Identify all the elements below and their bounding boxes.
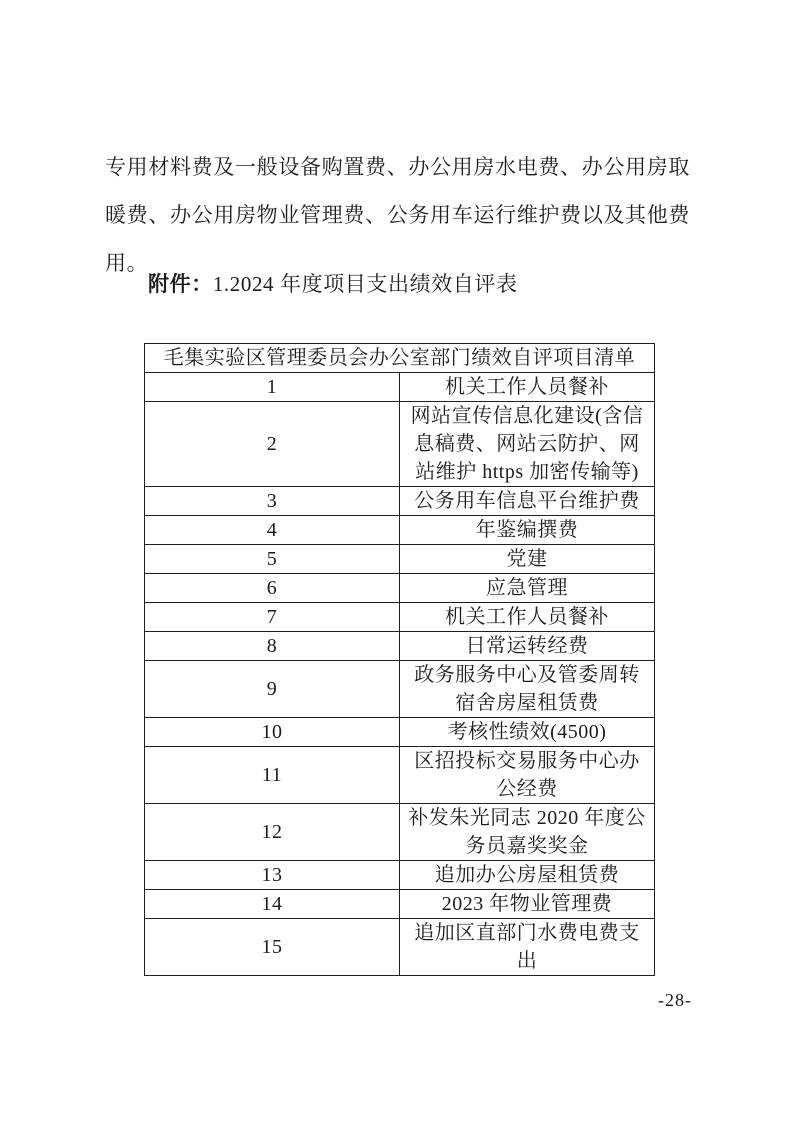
row-item-cell: 应急管理 [400, 574, 655, 603]
row-item-cell: 机关工作人员餐补 [400, 373, 655, 402]
row-number-cell: 11 [145, 747, 400, 804]
row-item-cell: 补发朱光同志 2020 年度公务员嘉奖奖金 [400, 804, 655, 861]
table-row: 4 年鉴编撰费 [145, 516, 655, 545]
row-item-cell: 网站宣传信息化建设(含信息稿费、网站云防护、网站维护 https 加密传输等) [400, 402, 655, 487]
row-number-cell: 15 [145, 919, 400, 976]
table-row: 12 补发朱光同志 2020 年度公务员嘉奖奖金 [145, 804, 655, 861]
project-table: 毛集实验区管理委员会办公室部门绩效自评项目清单 1 机关工作人员餐补 2 网站宣… [144, 343, 655, 976]
table-row: 15 追加区直部门水费电费支出 [145, 919, 655, 976]
row-number-cell: 2 [145, 402, 400, 487]
table-row: 8 日常运转经费 [145, 632, 655, 661]
row-item-cell: 年鉴编撰费 [400, 516, 655, 545]
row-number-cell: 13 [145, 861, 400, 890]
table-row: 9 政务服务中心及管委周转宿舍房屋租赁费 [145, 661, 655, 718]
row-number-cell: 9 [145, 661, 400, 718]
attachment-title: 1.2024 年度项目支出绩效自评表 [213, 272, 518, 296]
page-number: -28- [658, 990, 692, 1011]
table-row: 10 考核性绩效(4500) [145, 718, 655, 747]
row-item-cell: 机关工作人员餐补 [400, 603, 655, 632]
row-number-cell: 8 [145, 632, 400, 661]
row-number-cell: 14 [145, 890, 400, 919]
row-number-cell: 5 [145, 545, 400, 574]
row-item-cell: 公务用车信息平台维护费 [400, 487, 655, 516]
row-item-cell: 追加区直部门水费电费支出 [400, 919, 655, 976]
table-row: 3 公务用车信息平台维护费 [145, 487, 655, 516]
attachment-label: 附件： [148, 272, 213, 296]
table-row: 7 机关工作人员餐补 [145, 603, 655, 632]
row-number-cell: 3 [145, 487, 400, 516]
row-number-cell: 6 [145, 574, 400, 603]
row-number-cell: 1 [145, 373, 400, 402]
table-row: 6 应急管理 [145, 574, 655, 603]
row-number-cell: 10 [145, 718, 400, 747]
table-row: 1 机关工作人员餐补 [145, 373, 655, 402]
attachment-heading: 附件：1.2024 年度项目支出绩效自评表 [148, 267, 518, 301]
row-number-cell: 4 [145, 516, 400, 545]
table-row: 14 2023 年物业管理费 [145, 890, 655, 919]
row-item-cell: 追加办公房屋租赁费 [400, 861, 655, 890]
project-table-head: 毛集实验区管理委员会办公室部门绩效自评项目清单 [145, 344, 655, 373]
row-number-cell: 7 [145, 603, 400, 632]
table-row: 13 追加办公房屋租赁费 [145, 861, 655, 890]
row-item-cell: 区招投标交易服务中心办公经费 [400, 747, 655, 804]
project-table-body: 1 机关工作人员餐补 2 网站宣传信息化建设(含信息稿费、网站云防护、网站维护 … [145, 373, 655, 976]
document-page: 专用材料费及一般设备购置费、办公用房水电费、办公用房取暖费、办公用房物业管理费、… [0, 0, 793, 1122]
row-item-cell: 2023 年物业管理费 [400, 890, 655, 919]
table-row: 11 区招投标交易服务中心办公经费 [145, 747, 655, 804]
row-number-cell: 12 [145, 804, 400, 861]
table-row: 2 网站宣传信息化建设(含信息稿费、网站云防护、网站维护 https 加密传输等… [145, 402, 655, 487]
row-item-cell: 党建 [400, 545, 655, 574]
table-title-cell: 毛集实验区管理委员会办公室部门绩效自评项目清单 [145, 344, 655, 373]
row-item-cell: 日常运转经费 [400, 632, 655, 661]
table-title-row: 毛集实验区管理委员会办公室部门绩效自评项目清单 [145, 344, 655, 373]
body-paragraph: 专用材料费及一般设备购置费、办公用房水电费、办公用房取暖费、办公用房物业管理费、… [105, 143, 690, 287]
row-item-cell: 考核性绩效(4500) [400, 718, 655, 747]
table-row: 5 党建 [145, 545, 655, 574]
row-item-cell: 政务服务中心及管委周转宿舍房屋租赁费 [400, 661, 655, 718]
